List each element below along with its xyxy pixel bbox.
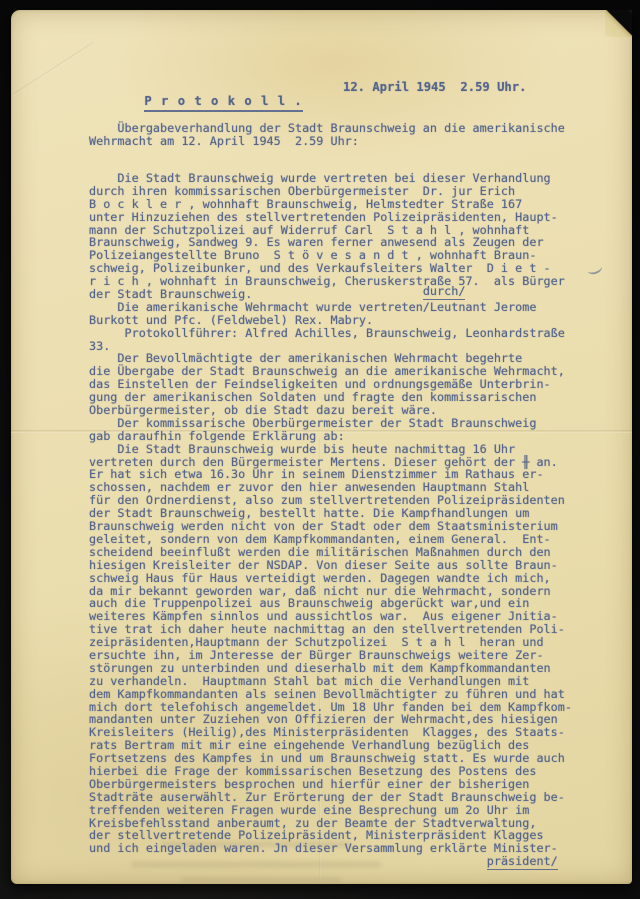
document-datetime: 12. April 1945 2.59 Uhr. xyxy=(343,80,526,94)
typed-line: schweig Haus für Haus verteidigt werden.… xyxy=(89,572,572,585)
pen-mark xyxy=(586,261,604,276)
typed-line: präsident/ xyxy=(89,855,572,868)
typed-line: Übergabeverhandlung der Stadt Braunschwe… xyxy=(89,122,565,135)
typed-line: Die Stadt Braunschweig wurde bis heute n… xyxy=(89,443,572,456)
typed-line: hiesigen Kreisleiter der NSDAP. Von dies… xyxy=(89,559,572,572)
typed-line: dem Kampfkommandanten als seinen Bevollm… xyxy=(89,688,572,701)
typed-line: gab daraufhin folgende Erklärung ab: xyxy=(89,430,572,443)
typed-line: Burkott und Pfc. (Feldwebel) Rex. Mabry. xyxy=(89,314,572,327)
fold-crease-diagonal xyxy=(12,42,94,96)
typed-line: hierbei die Frage der kommissarischen Be… xyxy=(89,765,572,778)
typed-line: Der kommissarische Oberbürgermeister der… xyxy=(89,417,572,430)
typed-line: treffenden weiteren Fragen wurde eine Be… xyxy=(89,804,572,817)
document-heading: P r o t o k o l l . xyxy=(144,94,302,112)
dog-ear-fold xyxy=(605,10,632,37)
typed-line: ersuchte ihn, im Jnteresse der Bürger Br… xyxy=(89,649,572,662)
typed-line: geleitet, sondern von dem Kampfkommandan… xyxy=(89,533,572,546)
typed-line: unter Hinzuziehen des stellvertretenden … xyxy=(89,211,572,224)
typed-line: Die amerikanische Wehrmacht wurde vertre… xyxy=(89,301,572,314)
typed-line: Wehrmacht am 12. April 1945 2.59 Uhr: xyxy=(89,135,565,148)
typed-line: B o c k l e r , wohnhaft Braunschweig, H… xyxy=(89,198,572,211)
document-title: Übergabeverhandlung der Stadt Braunschwe… xyxy=(89,122,565,148)
typed-text: der Stadt Braunschweig. xyxy=(89,287,252,301)
typed-line: Protokollführer: Alfred Achilles, Brauns… xyxy=(89,327,572,340)
typed-line: Oberbürgermeister, ob die Stadt dazu ber… xyxy=(89,404,572,417)
typed-line: durch ihren kommissarischen Oberbürgerme… xyxy=(89,185,572,198)
document-body: Die Stadt Braunschweig wurde vertreten b… xyxy=(89,172,572,868)
typed-line: zu verhandeln. Hauptmann Stahl bat mich … xyxy=(89,675,572,688)
typed-line: Die Stadt Braunschweig wurde vertreten b… xyxy=(89,172,572,185)
typed-line: Oberbürgermeisters besprochen und hierfü… xyxy=(89,778,572,791)
photo-backdrop: { "photo": { "background_color": "#0e0e0… xyxy=(0,0,640,899)
typed-text xyxy=(89,854,487,868)
underlined-insertion: präsident/ xyxy=(487,854,558,870)
typed-line: scheidend beeinflußt werden die militäri… xyxy=(89,546,572,559)
ink-bleedthrough xyxy=(181,878,341,882)
typed-line: Stadträte auserwählt. Zur Erörterung der… xyxy=(89,791,572,804)
typed-line: Braunschweig werden nicht von der Stadt … xyxy=(89,520,572,533)
typed-text xyxy=(252,287,422,301)
underlined-insertion: durch/ xyxy=(423,284,466,300)
typed-line: der Stadt Braunschweig. durch/ xyxy=(89,288,572,301)
document-paper: P r o t o k o l l . 12. April 1945 2.59 … xyxy=(11,10,632,884)
typed-line: störungen zu unterbinden und dieserhalb … xyxy=(89,662,572,675)
